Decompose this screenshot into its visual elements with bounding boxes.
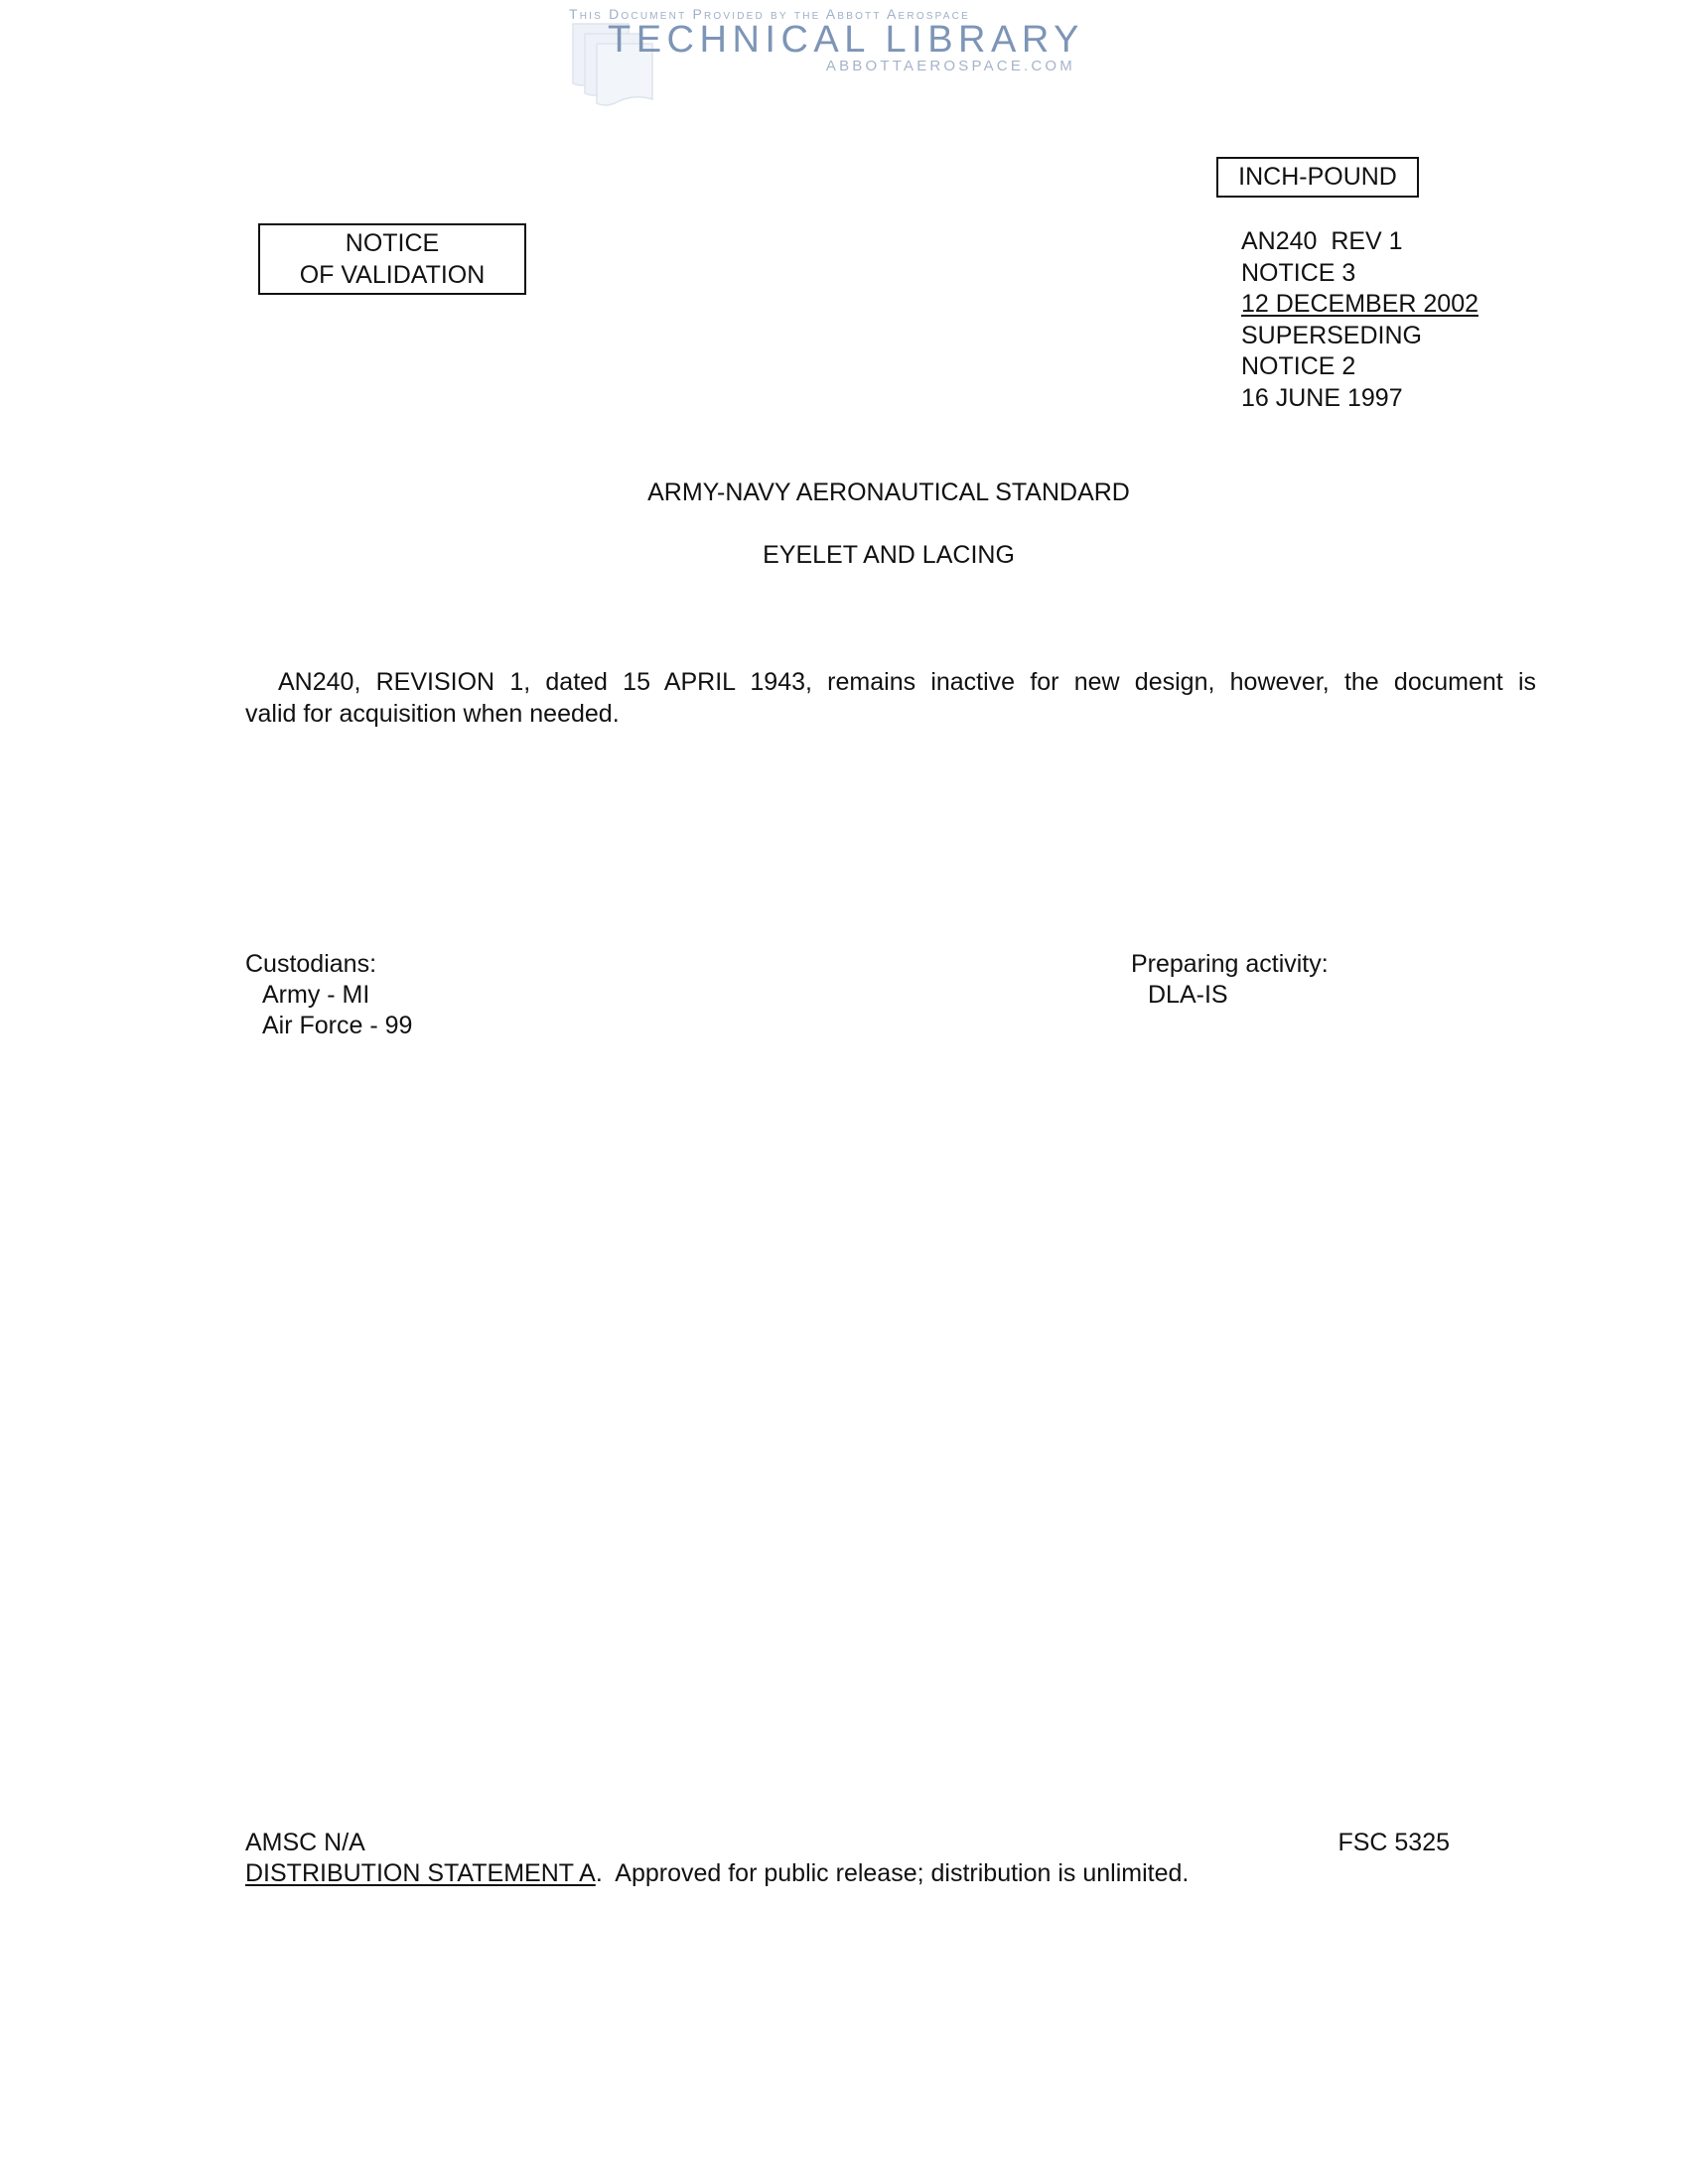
units-box: INCH-POUND <box>1216 157 1419 198</box>
custodians-block: Custodians: Army - MI Air Force - 99 <box>245 949 412 1041</box>
amsc-code: AMSC N/A <box>245 1828 365 1859</box>
doc-notice-number: NOTICE 3 <box>1241 258 1478 290</box>
distribution-statement-label: DISTRIBUTION STATEMENT A <box>245 1859 596 1887</box>
validation-paragraph: AN240, REVISION 1, dated 15 APRIL 1943, … <box>245 667 1536 730</box>
watermark-technical-library: TECHNICAL LIBRARY <box>608 20 1076 60</box>
notice-box-line2: OF VALIDATION <box>260 259 524 291</box>
distribution-statement-text: . Approved for public release; distribut… <box>596 1859 1190 1887</box>
preparing-activity-value: DLA-IS <box>1131 980 1329 1011</box>
distribution-statement: DISTRIBUTION STATEMENT A. Approved for p… <box>245 1858 1189 1890</box>
doc-notice-date: 12 DECEMBER 2002 <box>1241 289 1478 321</box>
watermark-website: ABBOTTAEROSPACE.COM <box>814 58 1075 75</box>
superseded-date: 16 JUNE 1997 <box>1241 383 1478 415</box>
notice-box-line1: NOTICE <box>260 227 524 259</box>
document-title: ARMY-NAVY AERONAUTICAL STANDARD <box>0 478 1688 509</box>
document-subject: EYELET AND LACING <box>0 540 1688 572</box>
doc-designation: AN240 REV 1 <box>1241 226 1478 258</box>
preparing-activity-block: Preparing activity: DLA-IS <box>1131 949 1329 1011</box>
custodians-label: Custodians: <box>245 949 412 980</box>
custodian-air-force: Air Force - 99 <box>245 1011 412 1041</box>
document-id-block: AN240 REV 1 NOTICE 3 12 DECEMBER 2002 SU… <box>1241 226 1478 415</box>
superseding-label: SUPERSEDING <box>1241 321 1478 352</box>
preparing-activity-label: Preparing activity: <box>1131 949 1329 980</box>
paragraph-line-1: AN240, REVISION 1, dated 15 APRIL 1943, … <box>245 667 1536 699</box>
paragraph-line-2: valid for acquisition when needed. <box>245 699 1536 731</box>
fsc-code: FSC 5325 <box>1329 1828 1450 1859</box>
custodian-army: Army - MI <box>245 980 412 1011</box>
superseded-notice: NOTICE 2 <box>1241 351 1478 383</box>
notice-of-validation-box: NOTICE OF VALIDATION <box>258 223 526 295</box>
